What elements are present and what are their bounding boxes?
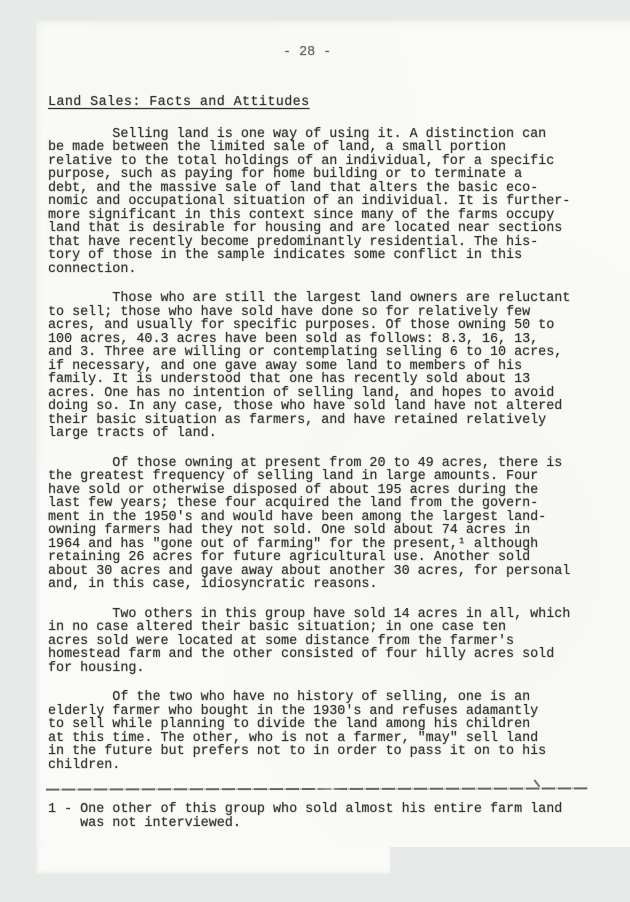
paragraph: Selling land is one way of using it. A d… [48, 128, 614, 277]
paragraph: Of the two who have no history of sellin… [48, 691, 614, 772]
page-content: Land Sales: Facts and Attitudes Selling … [48, 96, 614, 830]
page-number: - 28 - [283, 46, 331, 60]
paragraph: Those who are still the largest land own… [48, 292, 614, 441]
paragraph: Of those owning at present from 20 to 49… [48, 457, 614, 592]
footnote: 1 - One other of this group who sold alm… [48, 803, 614, 830]
paragraph: Two others in this group have sold 14 ac… [48, 608, 614, 676]
paper-bottom-edge [35, 847, 390, 874]
paper-sheet: - 28 - Land Sales: Facts and Attitudes S… [35, 20, 630, 847]
scanned-document-page: - 28 - Land Sales: Facts and Attitudes S… [0, 0, 630, 902]
footnote-separator-line [46, 787, 588, 790]
section-heading: Land Sales: Facts and Attitudes [48, 96, 614, 110]
